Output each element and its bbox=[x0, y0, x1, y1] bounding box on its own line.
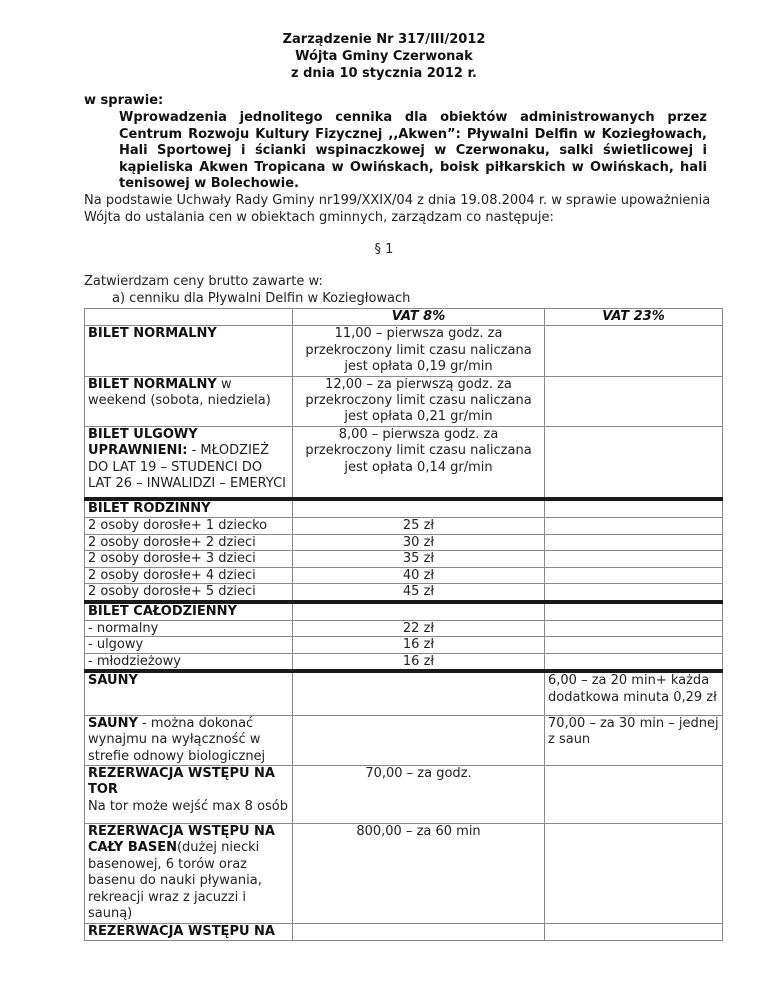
row-vat8: 11,00 – pierwsza godz. za przekroczony l… bbox=[293, 326, 545, 376]
row-vat23 bbox=[545, 653, 723, 671]
row-label: - młodzieżowy bbox=[85, 653, 293, 671]
paragraph-heading: § 1 bbox=[0, 242, 768, 257]
approve-block: Zatwierdzam ceny brutto zawarte w: a) ce… bbox=[84, 273, 410, 307]
table-header-row: VAT 8% VAT 23% bbox=[85, 309, 723, 326]
table-row-family: 2 osoby dorosłe+ 5 dzieci 45 zł bbox=[85, 584, 723, 602]
row-vat23 bbox=[545, 602, 723, 620]
table-row-lane: REZERWACJA WSTĘPU NA TORNa tor może wejś… bbox=[85, 766, 723, 824]
row-vat8: 8,00 – pierwsza godz. za przekroczony li… bbox=[293, 426, 545, 499]
approve-intro: Zatwierdzam ceny brutto zawarte w: bbox=[84, 273, 410, 290]
table-row-family: 2 osoby dorosłe+ 3 dzieci 35 zł bbox=[85, 551, 723, 568]
header-cell-empty bbox=[85, 309, 293, 326]
row-label: SAUNY bbox=[85, 671, 293, 715]
row-vat23 bbox=[545, 924, 723, 941]
row-label: BILET RODZINNY bbox=[85, 499, 293, 517]
row-vat23 bbox=[545, 517, 723, 534]
row-vat8 bbox=[293, 671, 545, 715]
title-line-2: Wójta Gminy Czerwonak bbox=[0, 48, 768, 65]
title-line-1: Zarządzenie Nr 317/III/2012 bbox=[0, 31, 768, 48]
table-row-allday: - normalny 22 zł bbox=[85, 620, 723, 637]
row-vat8: 16 zł bbox=[293, 637, 545, 654]
table-row-family: 2 osoby dorosłe+ 1 dziecko 25 zł bbox=[85, 517, 723, 534]
price-table: VAT 8% VAT 23% BILET NORMALNY 11,00 – pi… bbox=[84, 308, 723, 941]
row-vat8 bbox=[293, 924, 545, 941]
row-vat23 bbox=[545, 326, 723, 376]
row-vat8: 35 zł bbox=[293, 551, 545, 568]
row-label: REZERWACJA WSTĘPU NA CAŁY BASEN(dużej ni… bbox=[85, 824, 293, 924]
row-vat8: 16 zł bbox=[293, 653, 545, 671]
row-label: BILET NORMALNY w weekend (sobota, niedzi… bbox=[85, 376, 293, 426]
row-vat8: 25 zł bbox=[293, 517, 545, 534]
table-row-weekend: BILET NORMALNY w weekend (sobota, niedzi… bbox=[85, 376, 723, 426]
table-row-family: 2 osoby dorosłe+ 2 dzieci 30 zł bbox=[85, 534, 723, 551]
row-label: REZERWACJA WSTĘPU NA bbox=[85, 924, 293, 941]
title-line-3: z dnia 10 stycznia 2012 r. bbox=[0, 65, 768, 82]
row-vat23 bbox=[545, 376, 723, 426]
row-vat8 bbox=[293, 715, 545, 765]
subject-text: Wprowadzenia jednolitego cennika dla obi… bbox=[119, 110, 707, 193]
row-vat8: 40 zł bbox=[293, 567, 545, 584]
header-vat-8: VAT 8% bbox=[293, 309, 545, 326]
row-label: 2 osoby dorosłe+ 1 dziecko bbox=[85, 517, 293, 534]
row-vat8 bbox=[293, 602, 545, 620]
row-label: BILET NORMALNY bbox=[85, 326, 293, 376]
row-vat8: 70,00 – za godz. bbox=[293, 766, 545, 824]
table-row-last: REZERWACJA WSTĘPU NA bbox=[85, 924, 723, 941]
subject-label: w sprawie: bbox=[84, 93, 163, 108]
row-label: 2 osoby dorosłe+ 3 dzieci bbox=[85, 551, 293, 568]
row-label: 2 osoby dorosłe+ 2 dzieci bbox=[85, 534, 293, 551]
row-label: BILET CAŁODZIENNY bbox=[85, 602, 293, 620]
row-vat8: 22 zł bbox=[293, 620, 545, 637]
table-row-family: 2 osoby dorosłe+ 4 dzieci 40 zł bbox=[85, 567, 723, 584]
header-vat-23: VAT 23% bbox=[545, 309, 723, 326]
table-row-normal: BILET NORMALNY 11,00 – pierwsza godz. za… bbox=[85, 326, 723, 376]
row-vat23 bbox=[545, 637, 723, 654]
row-vat8: 800,00 – za 60 min bbox=[293, 824, 545, 924]
table-row-allday: - ulgowy 16 zł bbox=[85, 637, 723, 654]
row-vat8: 45 zł bbox=[293, 584, 545, 602]
row-vat23 bbox=[545, 620, 723, 637]
approve-item-a: a) cenniku dla Pływalni Delfin w Koziegł… bbox=[84, 290, 410, 307]
document-title: Zarządzenie Nr 317/III/2012 Wójta Gminy … bbox=[0, 31, 768, 82]
row-label: - normalny bbox=[85, 620, 293, 637]
row-vat23 bbox=[545, 824, 723, 924]
table-row-reduced: BILET ULGOWY UPRAWNIENI: - MŁODZIEŻ DO L… bbox=[85, 426, 723, 499]
row-label: 2 osoby dorosłe+ 5 dzieci bbox=[85, 584, 293, 602]
row-label: 2 osoby dorosłe+ 4 dzieci bbox=[85, 567, 293, 584]
row-vat8: 30 zł bbox=[293, 534, 545, 551]
row-vat8: 12,00 – za pierwszą godz. za przekroczon… bbox=[293, 376, 545, 426]
table-row-allday: - młodzieżowy 16 zł bbox=[85, 653, 723, 671]
row-vat23 bbox=[545, 766, 723, 824]
row-label: SAUNY - można dokonać wynajmu na wyłączn… bbox=[85, 715, 293, 765]
row-vat23: 70,00 – za 30 min – jednej z saun bbox=[545, 715, 723, 765]
row-label: BILET ULGOWY UPRAWNIENI: - MŁODZIEŻ DO L… bbox=[85, 426, 293, 499]
table-row-sauna: SAUNY 6,00 – za 20 min+ każda dodatkowa … bbox=[85, 671, 723, 715]
legal-basis: Na podstawie Uchwały Rady Gminy nr199/XX… bbox=[84, 192, 724, 226]
row-vat23 bbox=[545, 584, 723, 602]
table-row-pool: REZERWACJA WSTĘPU NA CAŁY BASEN(dużej ni… bbox=[85, 824, 723, 924]
row-vat23 bbox=[545, 426, 723, 499]
document-page: Zarządzenie Nr 317/III/2012 Wójta Gminy … bbox=[0, 0, 768, 994]
row-label: REZERWACJA WSTĘPU NA TORNa tor może wejś… bbox=[85, 766, 293, 824]
row-vat23 bbox=[545, 551, 723, 568]
table-row-family-heading: BILET RODZINNY bbox=[85, 499, 723, 517]
row-vat8 bbox=[293, 499, 545, 517]
row-vat23 bbox=[545, 499, 723, 517]
table-row-allday-heading: BILET CAŁODZIENNY bbox=[85, 602, 723, 620]
row-vat23 bbox=[545, 567, 723, 584]
row-vat23 bbox=[545, 534, 723, 551]
table-row-sauna-exclusive: SAUNY - można dokonać wynajmu na wyłączn… bbox=[85, 715, 723, 765]
row-vat23: 6,00 – za 20 min+ każda dodatkowa minuta… bbox=[545, 671, 723, 715]
row-label: - ulgowy bbox=[85, 637, 293, 654]
